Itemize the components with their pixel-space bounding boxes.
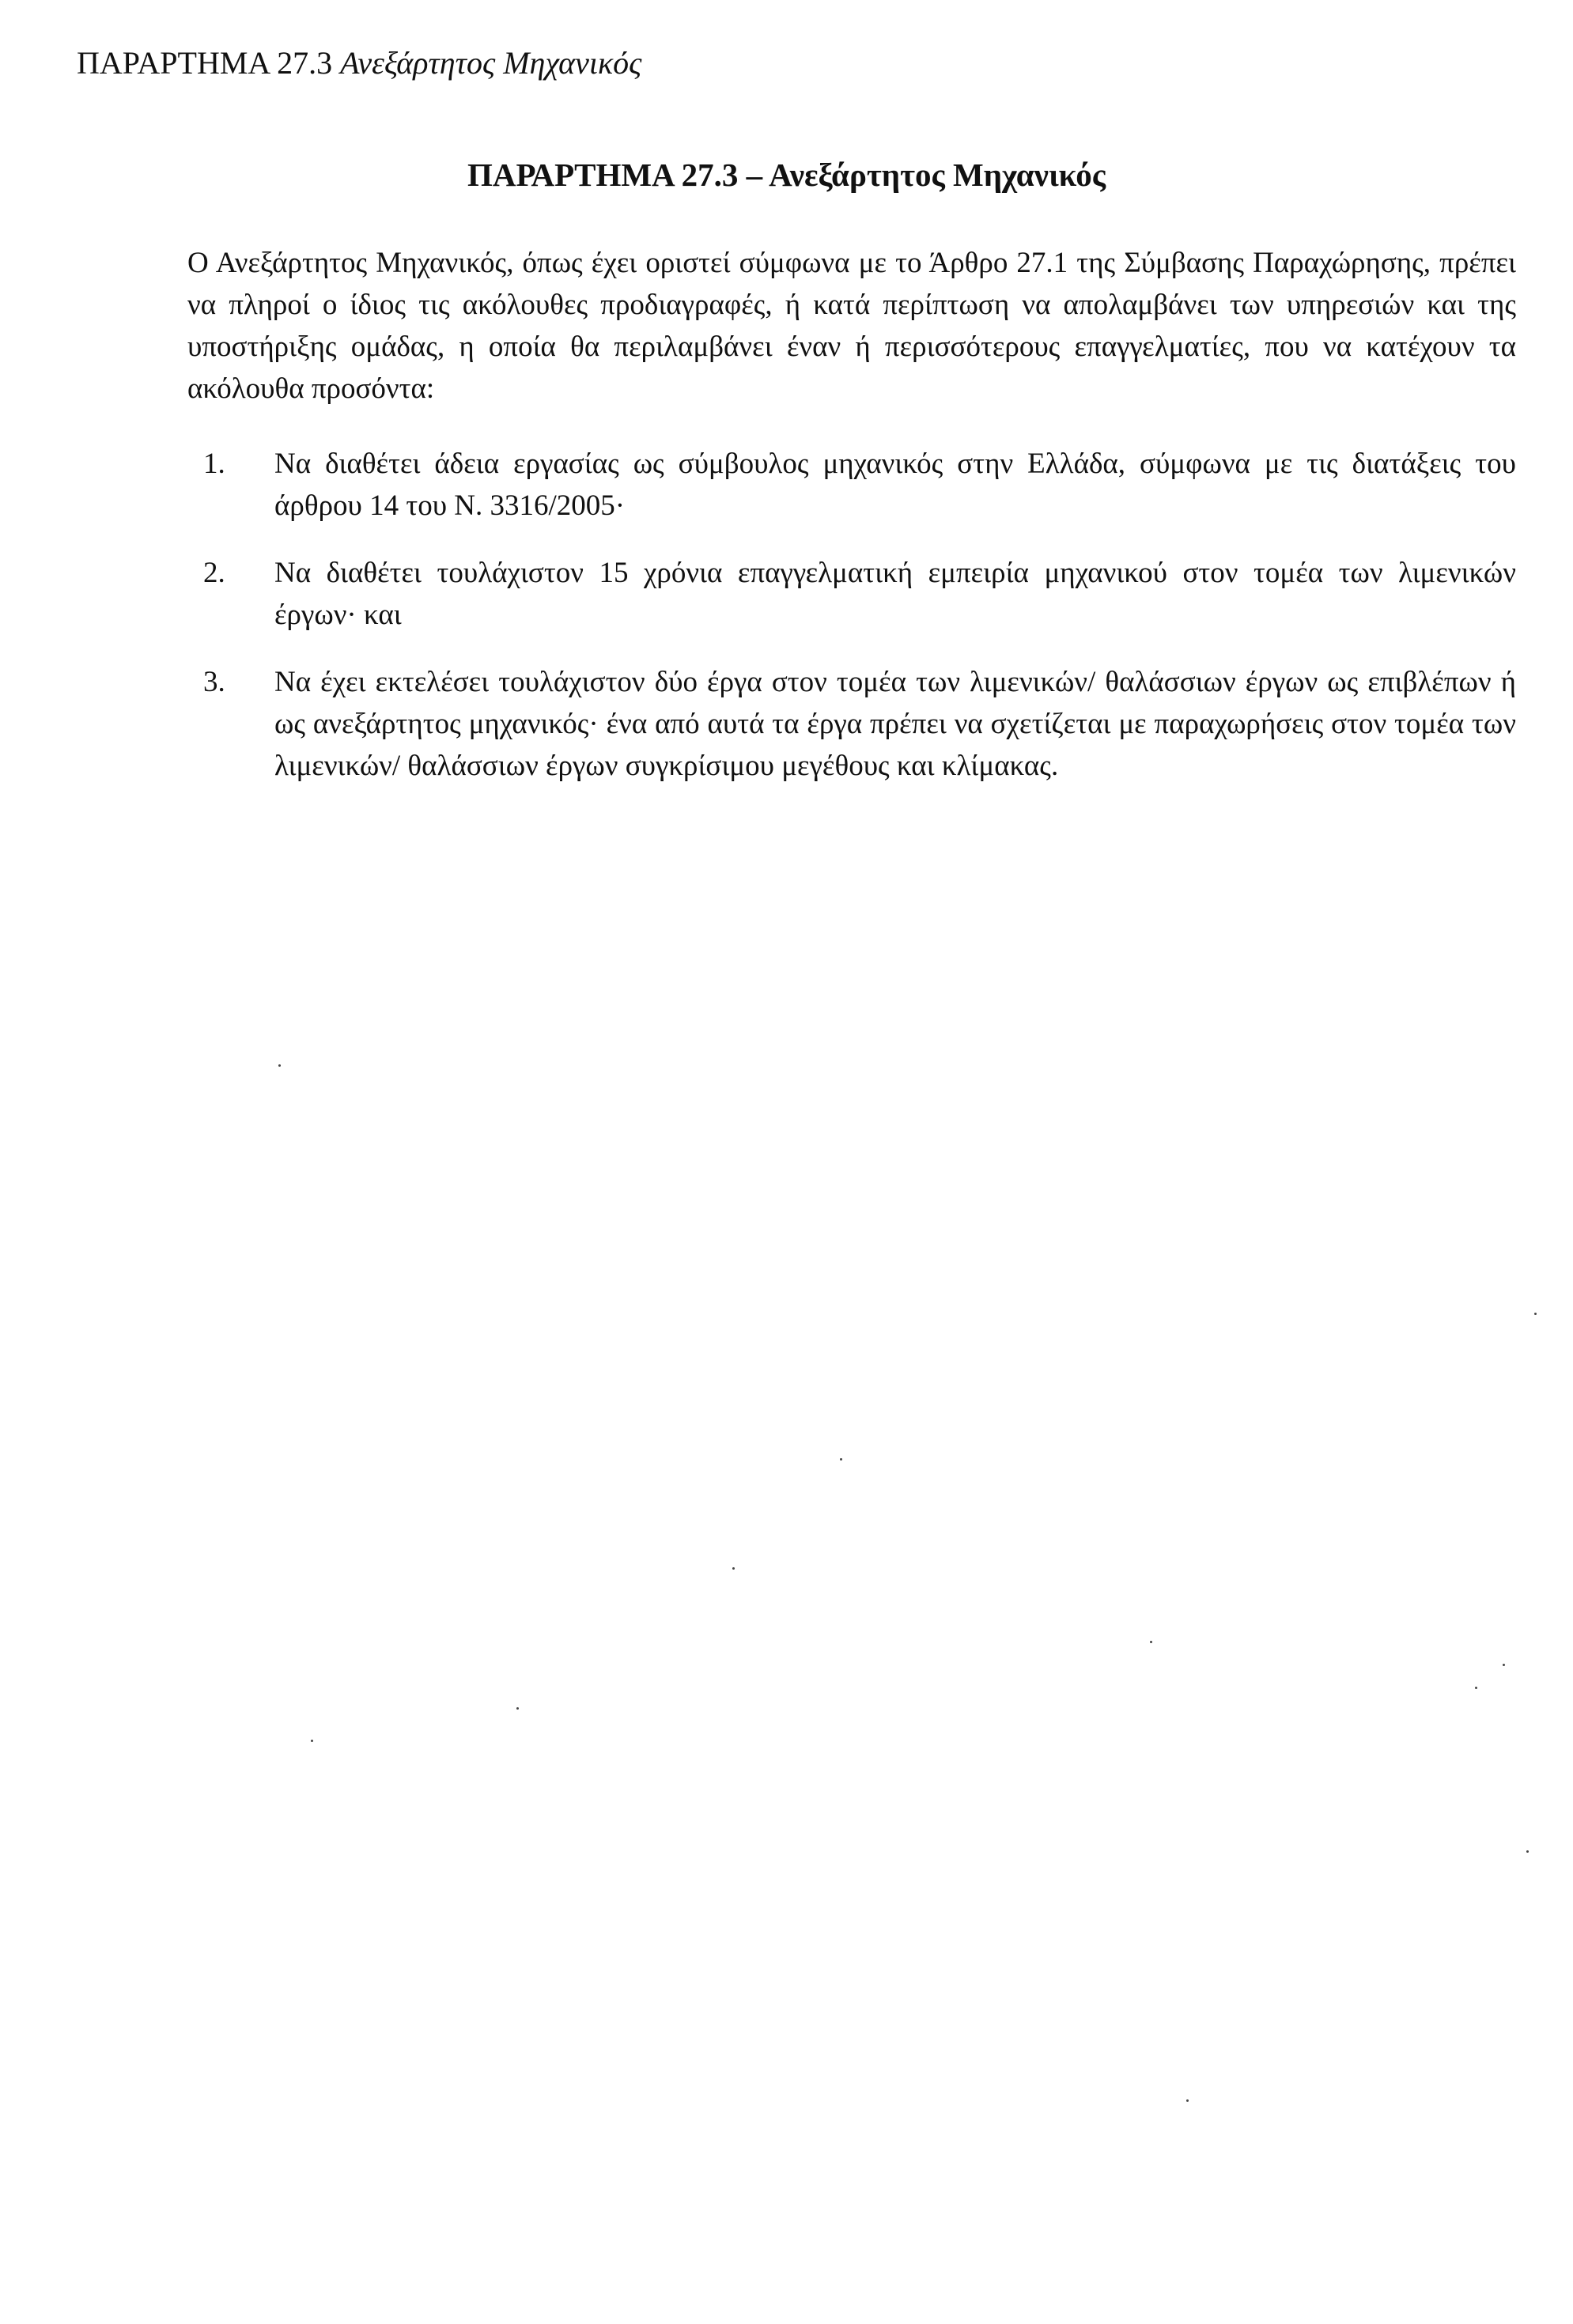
running-header-prefix: ΠΑΡΑΡΤΗΜΑ 27.3 (77, 45, 340, 81)
requirement-text: Να έχει εκτελέσει τουλάχιστον δύο έργα σ… (259, 661, 1516, 787)
requirement-text: Να διαθέτει τουλάχιστον 15 χρόνια επαγγε… (259, 552, 1516, 636)
running-header-italic: Ανεξάρτητος Μηχανικός (340, 45, 641, 81)
requirement-number: 1. (187, 443, 259, 527)
requirement-number: 3. (187, 661, 259, 787)
requirement-item: 3. Να έχει εκτελέσει τουλάχιστον δύο έργ… (187, 661, 1516, 787)
requirement-item: 2. Να διαθέτει τουλάχιστον 15 χρόνια επα… (187, 552, 1516, 636)
scan-speck (1475, 1687, 1477, 1689)
scan-speck (1186, 2099, 1189, 2102)
document-title: ΠΑΡΑΡΤΗΜΑ 27.3 – Ανεξάρτητος Μηχανικός (0, 156, 1573, 194)
requirement-number: 2. (187, 552, 259, 636)
scan-speck (840, 1458, 842, 1461)
scan-speck (1526, 1850, 1529, 1853)
requirement-text: Να διαθέτει άδεια εργασίας ως σύμβουλος … (259, 443, 1516, 527)
running-header: ΠΑΡΑΡΤΗΜΑ 27.3 Ανεξάρτητος Μηχανικός (77, 44, 641, 81)
scan-speck (1503, 1664, 1505, 1666)
scan-speck (732, 1567, 735, 1570)
scan-speck (516, 1707, 519, 1710)
requirement-item: 1. Να διαθέτει άδεια εργασίας ως σύμβουλ… (187, 443, 1516, 527)
scan-speck (1534, 1313, 1537, 1315)
scan-speck (1150, 1641, 1152, 1643)
intro-paragraph: Ο Ανεξάρτητος Μηχανικός, όπως έχει οριστ… (187, 242, 1516, 410)
requirements-list: 1. Να διαθέτει άδεια εργασίας ως σύμβουλ… (187, 443, 1516, 812)
scan-speck (311, 1740, 313, 1742)
scan-speck (278, 1064, 281, 1067)
